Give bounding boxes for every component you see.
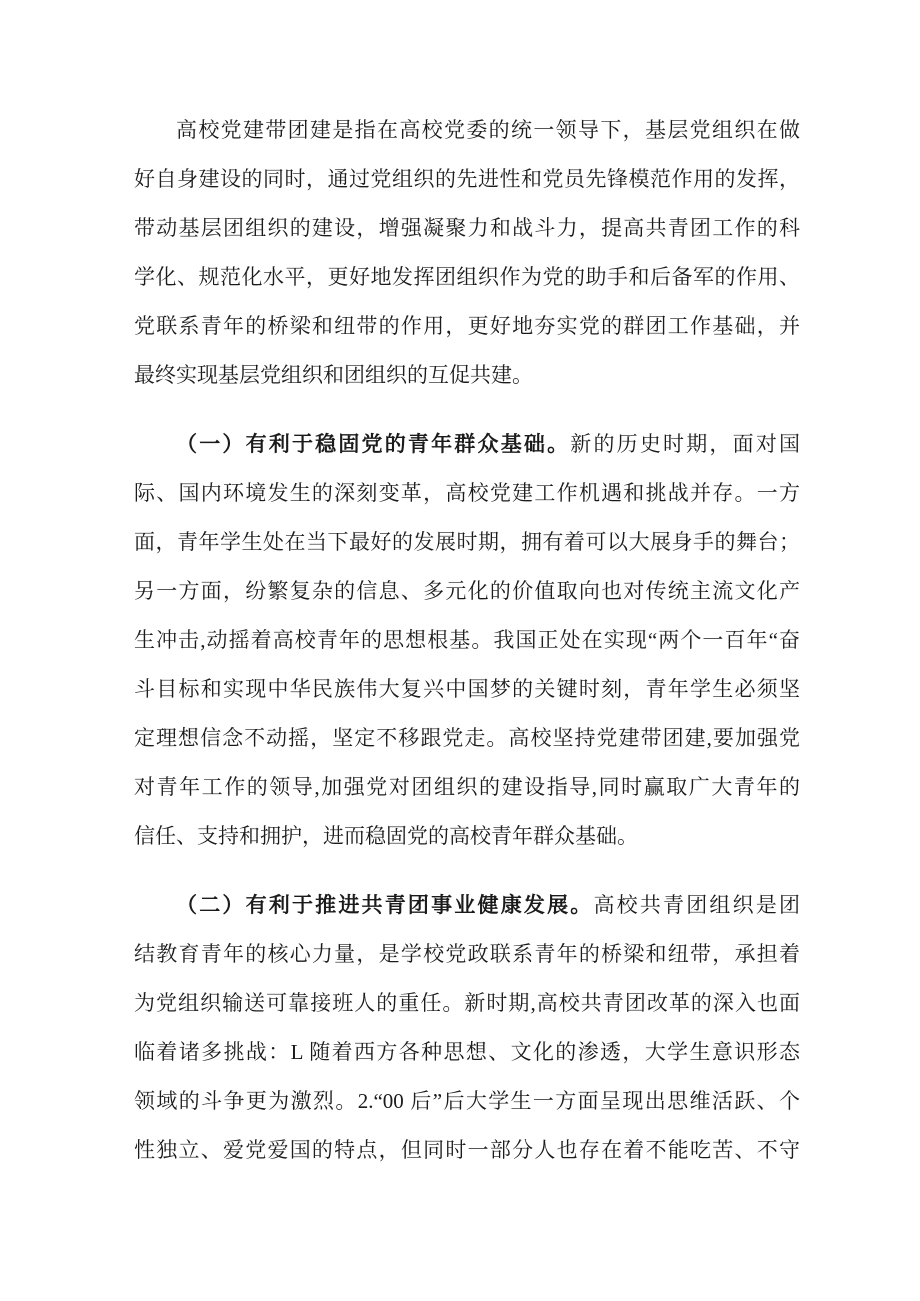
text-line: 学化、规范化水平，更好地发挥团组织作为党的助手和后备军的作用、 xyxy=(134,253,800,302)
text-line: 际、国内环境发生的深刻变革，高校党建工作机遇和挑战并存。一方 xyxy=(134,469,800,518)
text-line: 斗目标和实现中华民族伟大复兴中国梦的关键时刻，青年学生必须坚 xyxy=(134,665,800,714)
paragraph-section-1: （一）有利于稳固党的青年群众基础。新的历史时期，面对国际、国内环境发生的深刻变革… xyxy=(134,420,800,861)
document-page: 高校党建带团建是指在高校党委的统一领导下，基层党组织在做好自身建设的同时，通过党… xyxy=(0,0,920,1301)
text-line: 领域的斗争更为激烈。2.“00 后”后大学生一方面呈现出思维活跃、个 xyxy=(134,1077,800,1126)
paragraph-intro: 高校党建带团建是指在高校党委的统一领导下，基层党组织在做好自身建设的同时，通过党… xyxy=(134,106,800,400)
text-line: 临着诸多挑战：L 随着西方各种思想、文化的渗透，大学生意识形态 xyxy=(134,1028,800,1077)
text-line: 最终实现基层党组织和团组织的互促共建。 xyxy=(134,351,800,400)
section-heading-bold: （二）有利于推进共青团事业健康发展。 xyxy=(176,893,593,917)
section-heading-bold: （一）有利于稳固党的青年群众基础。 xyxy=(176,432,570,456)
line-text: 新的历史时期，面对国 xyxy=(570,432,800,456)
text-line: 定理想信念不动摇，坚定不移跟党走。高校坚持党建带团建,要加强党 xyxy=(134,714,800,763)
text-line: 性独立、爱党爱国的特点，但同时一部分人也存在着不能吃苦、不守 xyxy=(134,1126,800,1175)
document-body: 高校党建带团建是指在高校党委的统一领导下，基层党组织在做好自身建设的同时，通过党… xyxy=(134,106,800,1175)
text-line: 带动基层团组织的建设，增强凝聚力和战斗力，提高共青团工作的科 xyxy=(134,204,800,253)
text-line: 党联系青年的桥梁和纽带的作用，更好地夯实党的群团工作基础，并 xyxy=(134,302,800,351)
text-line: 对青年工作的领导,加强党对团组织的建设指导,同时赢取广大青年的 xyxy=(134,763,800,812)
text-line: 高校党建带团建是指在高校党委的统一领导下，基层党组织在做 xyxy=(134,106,800,155)
text-line: 生冲击,动摇着高校青年的思想根基。我国正处在实现“两个一百年“奋 xyxy=(134,616,800,665)
text-line: 结教育青年的核心力量，是学校党政联系青年的桥梁和纽带，承担着 xyxy=(134,930,800,979)
text-line: 为党组织输送可靠接班人的重任。新时期,高校共青团改革的深入也面 xyxy=(134,979,800,1028)
paragraph-section-2: （二）有利于推进共青团事业健康发展。高校共青团组织是团结教育青年的核心力量，是学… xyxy=(134,881,800,1175)
text-line: （二）有利于推进共青团事业健康发展。高校共青团组织是团 xyxy=(134,881,800,930)
text-line: 信任、支持和拥护，进而稳固党的高校青年群众基础。 xyxy=(134,812,800,861)
text-line: （一）有利于稳固党的青年群众基础。新的历史时期，面对国 xyxy=(134,420,800,469)
text-line: 另一方面，纷繁复杂的信息、多元化的价值取向也对传统主流文化产 xyxy=(134,567,800,616)
text-line: 好自身建设的同时，通过党组织的先进性和党员先锋模范作用的发挥， xyxy=(134,155,800,204)
line-text: 高校共青团组织是团 xyxy=(593,893,800,917)
text-line: 面，青年学生处在当下最好的发展时期，拥有着可以大展身手的舞台； xyxy=(134,518,800,567)
